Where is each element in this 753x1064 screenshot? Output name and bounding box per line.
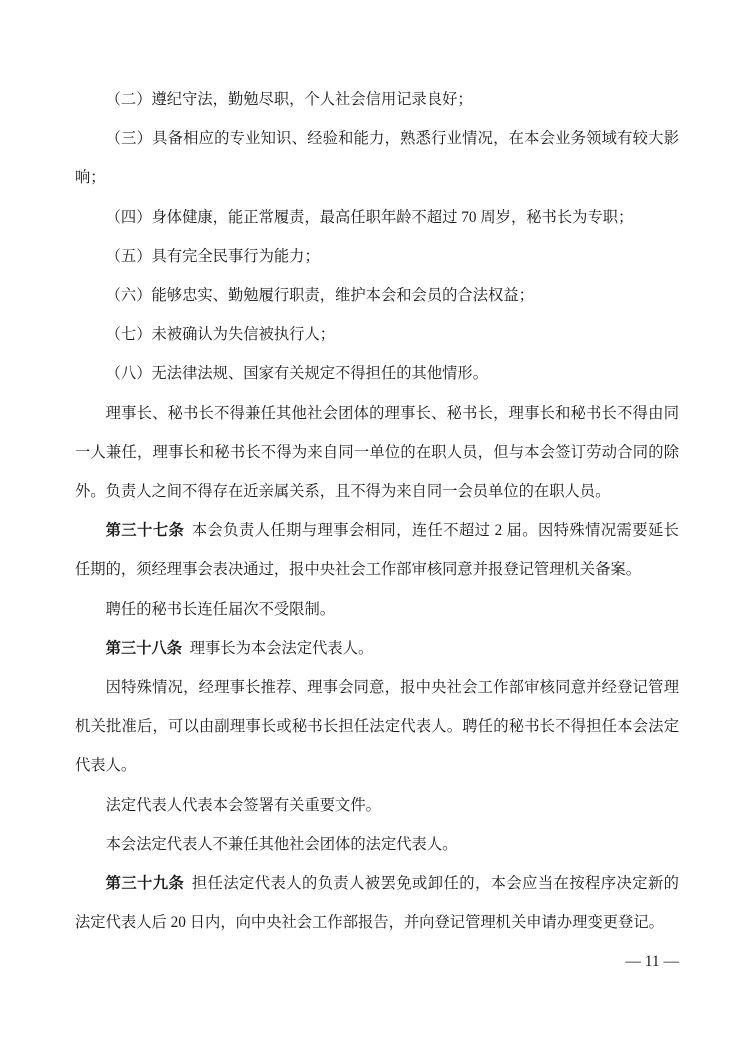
clause-item-7: （七）未被确认为失信被执行人； bbox=[75, 315, 679, 354]
clause-item-5: （五）具有完全民事行为能力； bbox=[75, 237, 679, 276]
paragraph-article-37: 第三十七条本会负责人任期与理事会相同，连任不超过 2 届。因特殊情况需要延长任期… bbox=[75, 511, 679, 589]
clause-item-6: （六）能够忠实、勤勉履行职责，维护本会和会员的合法权益； bbox=[75, 276, 679, 315]
clause-item-2: （二）遵纪守法，勤勉尽职，个人社会信用记录良好； bbox=[75, 80, 679, 119]
clause-item-8: （八）无法律法规、国家有关规定不得担任的其他情形。 bbox=[75, 354, 679, 393]
article-38-number: 第三十八条 bbox=[106, 640, 183, 657]
paragraph-text: 理事长为本会法定代表人。 bbox=[190, 640, 374, 657]
clause-item-3: （三）具备相应的专业知识、经验和能力，熟悉行业情况，在本会业务领域有较大影响； bbox=[75, 119, 679, 197]
paragraph-article-38: 第三十八条理事长为本会法定代表人。 bbox=[75, 629, 679, 668]
paragraph-officers-restrictions: 理事长、秘书长不得兼任其他社会团体的理事长、秘书长，理事长和秘书长不得由同一人兼… bbox=[75, 394, 679, 512]
paragraph-legal-rep-special: 因特殊情况，经理事长推荐、理事会同意，报中央社会工作部审核同意并经登记管理机关批… bbox=[75, 668, 679, 786]
paragraph-text: 因特殊情况，经理事长推荐、理事会同意，报中央社会工作部审核同意并经登记管理机关批… bbox=[75, 679, 679, 774]
paragraph-text: （二）遵纪守法，勤勉尽职，个人社会信用记录良好； bbox=[106, 91, 473, 108]
paragraph-text: 聘任的秘书长连任届次不受限制。 bbox=[106, 601, 335, 618]
paragraph-text: （七）未被确认为失信被执行人； bbox=[106, 326, 335, 343]
clause-item-4: （四）身体健康，能正常履责，最高任职年龄不超过 70 周岁，秘书长为专职； bbox=[75, 198, 679, 237]
paragraph-text: 理事长、秘书长不得兼任其他社会团体的理事长、秘书长，理事长和秘书长不得由同一人兼… bbox=[75, 405, 679, 500]
paragraph-text: （四）身体健康，能正常履责，最高任职年龄不超过 70 周岁，秘书长为专职； bbox=[106, 209, 634, 226]
paragraph-legal-rep-signing: 法定代表人代表本会签署有关重要文件。 bbox=[75, 786, 679, 825]
paragraph-article-39: 第三十九条担任法定代表人的负责人被罢免或卸任的，本会应当在按程序决定新的法定代表… bbox=[75, 864, 679, 942]
paragraph-text: 法定代表人代表本会签署有关重要文件。 bbox=[106, 797, 381, 814]
document-page: （二）遵纪守法，勤勉尽职，个人社会信用记录良好； （三）具备相应的专业知识、经验… bbox=[0, 0, 753, 1064]
page-number: — 11 — bbox=[75, 942, 679, 981]
paragraph-text: （八）无法律法规、国家有关规定不得担任的其他情形。 bbox=[106, 365, 488, 382]
article-37-number: 第三十七条 bbox=[106, 522, 185, 539]
paragraph-text: （三）具备相应的专业知识、经验和能力，熟悉行业情况，在本会业务领域有较大影响； bbox=[75, 130, 679, 186]
paragraph-text: （六）能够忠实、勤勉履行职责，维护本会和会员的合法权益； bbox=[106, 287, 534, 304]
paragraph-text: （五）具有完全民事行为能力； bbox=[106, 248, 320, 265]
paragraph-legal-rep-no-concurrent: 本会法定代表人不兼任其他社会团体的法定代表人。 bbox=[75, 825, 679, 864]
paragraph-text: 本会法定代表人不兼任其他社会团体的法定代表人。 bbox=[106, 836, 458, 853]
article-39-number: 第三十九条 bbox=[106, 875, 185, 892]
paragraph-secretary-term: 聘任的秘书长连任届次不受限制。 bbox=[75, 590, 679, 629]
